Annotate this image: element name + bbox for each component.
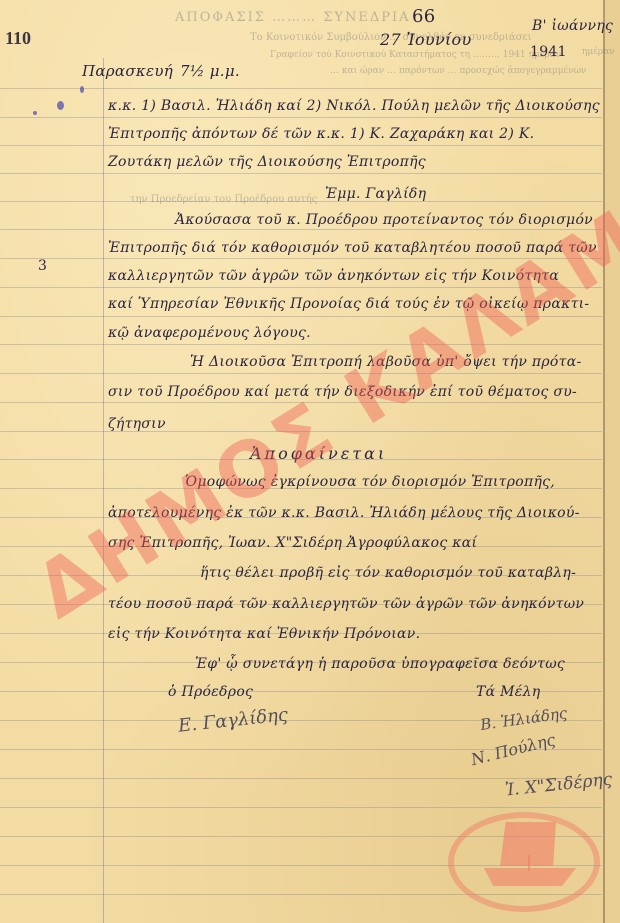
printed-form-line: … και ώραν … παρόντων … προσεχώς ἀπογεγρ… <box>330 66 587 76</box>
rule-line <box>0 145 602 146</box>
rule-line <box>0 807 602 808</box>
printed-form-day-label: ημέραν <box>582 47 615 57</box>
body-line: Ἐπιτροπῆς ἀπόντων δέ τῶν κ.κ. 1) Κ. Ζαχα… <box>108 126 534 142</box>
meeting-time: 7½ μ.μ. <box>180 62 240 80</box>
closing-line: Ἐφ' ᾧ συνετάγη ἡ παροῦσα ὑπογραφεῖσα δεό… <box>195 656 565 672</box>
body-line: κ.κ. 1) Βασιλ. Ἠλιάδη καί 2) Νικόλ. Πούλ… <box>108 98 600 114</box>
ink-blot <box>80 86 84 93</box>
body-line: τέου ποσοῦ παρά τῶν καλλιεργητῶν τῶν ἀγρ… <box>108 596 584 612</box>
body-line: Ζουτάκη μελῶν τῆς Διοικούσης Ἐπιτροπῆς <box>108 154 426 170</box>
president-label: ὁ Πρόεδρος <box>168 684 253 700</box>
ship-hull-icon <box>484 868 576 886</box>
rule-line <box>0 173 602 174</box>
meeting-day: Παρασκευή <box>82 62 173 80</box>
ink-blot <box>57 101 64 110</box>
margin-note: 3 <box>38 258 47 274</box>
member-signature: Ἰ. Χ"Σιδέρης <box>504 769 613 800</box>
ink-blot <box>33 111 37 115</box>
top-right-note: Β' ἰωάννης <box>532 18 613 34</box>
watermark: ΔΗΜΟΣ ΚΑΛΑΜΑΤ <box>20 128 620 635</box>
folio-number: 66 <box>412 6 436 27</box>
rule-line <box>0 373 602 374</box>
document-page: ΑΠΟΦΑΣΙΣ ……… ΣΥΝΕΔΡΙΑ Το Κοινοτικόν Συμβ… <box>0 0 620 923</box>
rule-line <box>0 229 602 230</box>
margin-line <box>103 58 104 923</box>
member-signature: Ν. Πούλης <box>469 730 557 769</box>
meeting-date: 27 Ἰουνίου <box>380 30 472 49</box>
body-line: εἰς τήν Κοινότητα καί Ἐθνικήν Πρόνοιαν. <box>108 626 420 642</box>
body-line: ἥτις θέλει προβῆ εἰς τόν καθορισμόν τοῦ … <box>200 565 576 581</box>
rule-line <box>0 88 602 89</box>
body-line: Ἀκούσασα τοῦ κ. Προέδρου προτείναντος τό… <box>175 212 593 228</box>
president-name: Ἐμμ. Γαγλίδη <box>325 186 426 202</box>
meeting-year: 1941 <box>530 44 567 60</box>
printed-form-presidency: την Προεδρείαν του Προέδρου αυτής <box>130 194 317 205</box>
body-line: κῷ ἀναφερομένους λόγους. <box>108 325 311 341</box>
member-signature: Β. Ἠλιάδης <box>479 704 568 734</box>
rule-line <box>0 117 602 118</box>
printed-form-title: ΑΠΟΦΑΣΙΣ ……… ΣΥΝΕΔΡΙΑ <box>175 10 411 25</box>
body-line: ζήτησιν <box>108 416 166 432</box>
page-number: 110 <box>5 28 31 49</box>
printed-form-line: Γραφείον τού Κοινοτικού Καταστήματος τη … <box>270 50 561 60</box>
members-label: Τά Μέλη <box>476 684 540 700</box>
president-signature: Ε. Γαγλίδης <box>177 704 289 736</box>
